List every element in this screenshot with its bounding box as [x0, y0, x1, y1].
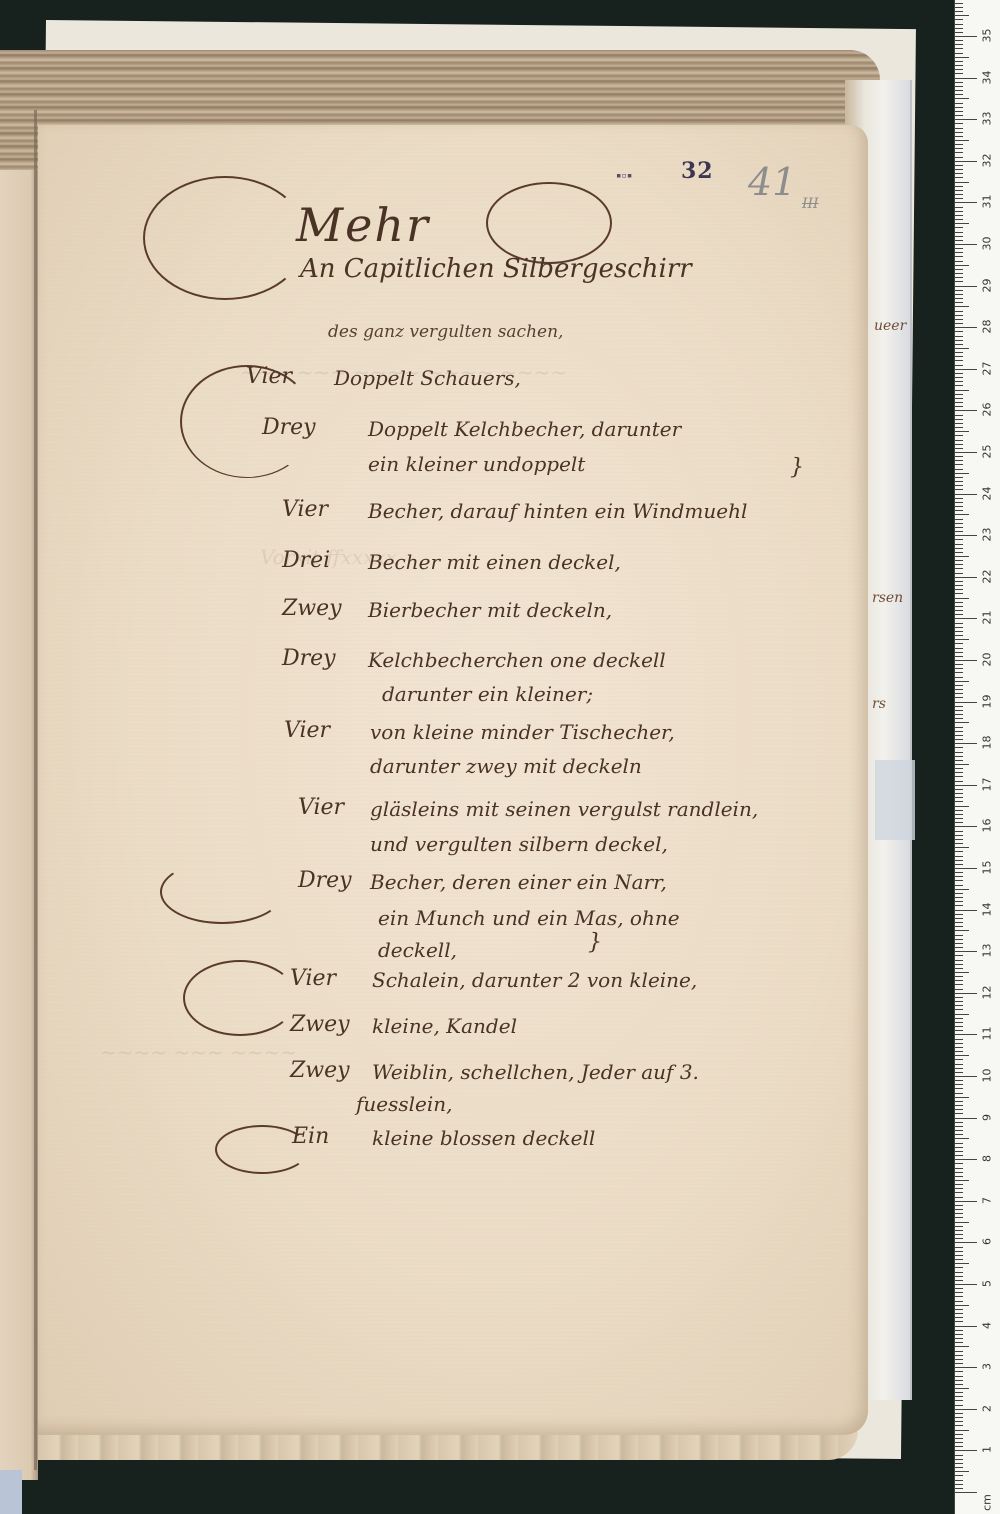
ruler-tick	[955, 1359, 963, 1360]
ruler-label: 13	[981, 939, 994, 963]
ruler-tick	[955, 685, 963, 686]
ruler-tick	[955, 298, 963, 299]
ruler-tick	[955, 3, 963, 4]
entry-line: Kelchbecherchen one deckell	[368, 648, 666, 672]
ruler-tick	[955, 190, 963, 191]
ruler-tick	[955, 1009, 963, 1010]
ruler-tick	[955, 136, 963, 137]
ruler-tick	[955, 922, 963, 923]
ruler-tick	[955, 1280, 963, 1281]
ruler-tick	[955, 789, 963, 790]
ruler-tick	[955, 148, 963, 149]
ruler-tick	[955, 831, 963, 832]
ruler-tick	[955, 993, 977, 994]
ruler-tick	[955, 893, 963, 894]
entry-quantity: Vier	[290, 966, 336, 991]
margin-note: ueer	[874, 318, 906, 334]
ruler-tick	[955, 1330, 963, 1331]
ruler-tick	[955, 232, 963, 233]
ruler-tick	[955, 469, 963, 470]
ruler-tick	[955, 1209, 963, 1210]
ruler-tick	[955, 294, 963, 295]
ruler-tick	[955, 972, 969, 973]
ruler-tick	[955, 24, 963, 25]
ruler-tick	[955, 955, 963, 956]
ruler-tick	[955, 219, 963, 220]
ruler-tick	[955, 1201, 977, 1202]
entry-line: fuesslein,	[356, 1092, 453, 1116]
entry-quantity: Drey	[282, 646, 336, 671]
ruler-tick	[955, 1101, 963, 1102]
ruler-tick	[955, 735, 963, 736]
ruler-tick	[955, 1064, 963, 1065]
ruler-tick	[955, 256, 963, 257]
ruler-tick	[955, 36, 977, 37]
ruler-tick	[955, 315, 963, 316]
ruler-label: 32	[981, 148, 994, 172]
ruler-tick	[955, 32, 963, 33]
ruler-tick	[955, 1355, 963, 1356]
ruler-tick	[955, 1430, 969, 1431]
ruler-tick	[955, 710, 963, 711]
ruler-tick	[955, 1230, 963, 1231]
ruler-tick	[955, 764, 969, 765]
ruler-tick	[955, 581, 963, 582]
ruler-tick	[955, 1313, 963, 1314]
ruler-label: 31	[981, 190, 994, 214]
entry-line: ein Munch und ein Mas, ohne	[378, 906, 680, 930]
ruler-tick	[955, 527, 963, 528]
ruler-tick	[955, 1455, 963, 1456]
ruler-tick	[955, 1388, 969, 1389]
ruler-tick	[955, 814, 963, 815]
ruler-tick	[955, 664, 963, 665]
entry-line: von kleine minder Tischecher,	[370, 720, 675, 744]
page-subheading: An Capitlichen Silbergeschirr	[300, 254, 692, 284]
ruler-tick	[955, 423, 963, 424]
ruler-tick	[955, 1296, 963, 1297]
ruler-tick	[955, 1118, 977, 1119]
ruler-tick	[955, 385, 963, 386]
ruler-tick	[955, 552, 963, 553]
ruler-tick	[955, 1438, 963, 1439]
ruler-tick	[955, 323, 963, 324]
ruler-tick	[955, 440, 963, 441]
ruler-tick	[955, 693, 963, 694]
ruler-tick	[955, 369, 977, 370]
bracket-mark: }	[790, 455, 804, 480]
ruler-tick	[955, 1434, 963, 1435]
ruler-tick	[955, 207, 963, 208]
ruler-tick	[955, 577, 977, 578]
repair-tissue	[875, 760, 915, 840]
ruler-tick	[955, 1267, 963, 1268]
ruler-tick	[955, 1334, 963, 1335]
ruler-tick	[955, 227, 963, 228]
ruler-tick	[955, 182, 969, 183]
ruler-label: 14	[981, 897, 994, 921]
ruler-tick	[955, 752, 963, 753]
entry-line: darunter ein kleiner;	[382, 682, 593, 706]
entry-line: Becher mit einen deckel,	[368, 550, 621, 574]
ruler-tick	[955, 1097, 969, 1098]
ruler-tick	[955, 506, 963, 507]
ruler-tick	[955, 431, 969, 432]
ruler-tick	[955, 1018, 963, 1019]
ruler-tick	[955, 1184, 963, 1185]
measurement-ruler: 1234567891011121314151617181920212223242…	[954, 0, 1000, 1514]
ruler-label: 6	[981, 1230, 994, 1254]
ruler-tick	[955, 103, 963, 104]
ruler-tick	[955, 340, 963, 341]
ruler-tick	[955, 165, 963, 166]
intro-line: des ganz vergulten sachen,	[328, 322, 563, 342]
ruler-tick	[955, 1005, 963, 1006]
ruler-tick	[955, 223, 969, 224]
ruler-tick	[955, 1446, 963, 1447]
ruler-tick	[955, 1259, 963, 1260]
ruler-tick	[955, 1234, 963, 1235]
ruler-tick	[955, 1072, 963, 1073]
ruler-tick	[955, 1484, 963, 1485]
ruler-tick	[955, 631, 963, 632]
ruler-tick	[955, 173, 963, 174]
ruler-tick	[955, 1301, 963, 1302]
ruler-tick	[955, 406, 963, 407]
ruler-tick	[955, 731, 963, 732]
ruler-tick	[955, 510, 963, 511]
ruler-tick	[955, 1172, 963, 1173]
ruler-tick	[955, 28, 963, 29]
ruler-tick	[955, 456, 963, 457]
ruler-tick	[955, 793, 963, 794]
ruler-tick	[955, 739, 963, 740]
ruler-label: 24	[981, 481, 994, 505]
ruler-tick	[955, 785, 977, 786]
ruler-tick	[955, 697, 963, 698]
ruler-tick	[955, 585, 963, 586]
ruler-tick	[955, 727, 963, 728]
ruler-tick	[955, 1463, 963, 1464]
ruler-tick	[955, 1039, 963, 1040]
ruler-tick	[955, 722, 969, 723]
entry-quantity: Zwey	[290, 1012, 350, 1037]
ruler-tick	[955, 1272, 963, 1273]
ruler-tick	[955, 623, 963, 624]
entry-quantity: Zwey	[282, 596, 342, 621]
gutter	[34, 110, 37, 1470]
ruler-tick	[955, 1413, 963, 1414]
ruler-tick	[955, 215, 963, 216]
ruler-tick	[955, 1409, 977, 1410]
entry-quantity: Ein	[292, 1124, 329, 1149]
ruler-tick	[955, 452, 977, 453]
ruler-tick	[955, 1217, 963, 1218]
ruler-tick	[955, 668, 963, 669]
ruler-tick	[955, 415, 963, 416]
ruler-label: 25	[981, 440, 994, 464]
ruler-tick	[955, 1226, 963, 1227]
ruler-tick	[955, 951, 977, 952]
ruler-tick	[955, 860, 963, 861]
entry-quantity: Vier	[298, 795, 344, 820]
ruler-tick	[955, 273, 963, 274]
ruler-tick	[955, 743, 977, 744]
ruler-tick	[955, 648, 963, 649]
ruler-tick	[955, 843, 963, 844]
pencil-folio-suffix: III	[802, 196, 819, 212]
ruler-tick	[955, 1396, 963, 1397]
ruler-tick	[955, 1376, 963, 1377]
ruler-label: 9	[981, 1105, 994, 1129]
ruler-tick	[955, 606, 963, 607]
ruler-tick	[955, 864, 963, 865]
entry-line: Weiblin, schellchen, Jeder auf 3.	[372, 1060, 699, 1084]
ruler-tick	[955, 910, 977, 911]
ruler-tick	[955, 714, 963, 715]
ruler-tick	[955, 1163, 963, 1164]
ruler-tick	[955, 277, 963, 278]
ruler-tick	[955, 1188, 963, 1189]
ruler-label: 4	[981, 1313, 994, 1337]
ruler-tick	[955, 365, 963, 366]
ruler-tick	[955, 302, 963, 303]
ruler-tick	[955, 918, 963, 919]
ruler-tick	[955, 568, 963, 569]
ruler-tick	[955, 498, 963, 499]
ruler-tick	[955, 1068, 963, 1069]
entry-line: Bierbecher mit deckeln,	[368, 598, 612, 622]
ruler-tick	[955, 1155, 963, 1156]
ruler-tick	[955, 776, 963, 777]
ruler-tick	[955, 336, 963, 337]
ruler-label: 36	[981, 0, 994, 6]
ruler-tick	[955, 398, 963, 399]
ruler-tick	[955, 1363, 963, 1364]
ruler-tick	[955, 818, 963, 819]
ruler-tick	[955, 485, 963, 486]
ruler-tick	[955, 1001, 963, 1002]
ruler-tick	[955, 1143, 963, 1144]
ruler-tick	[955, 464, 963, 465]
ruler-tick	[955, 1400, 963, 1401]
ruler-tick	[955, 1026, 963, 1027]
ruler-label: 27	[981, 356, 994, 380]
ruler-tick	[955, 689, 963, 690]
ruler-tick	[955, 240, 963, 241]
ruler-label: 26	[981, 398, 994, 422]
archive-stamp: ▪▫▪	[616, 172, 630, 180]
ruler-tick	[955, 211, 963, 212]
ruler-tick	[955, 198, 963, 199]
ruler-tick	[955, 1255, 963, 1256]
ruler-tick	[955, 1043, 963, 1044]
ruler-label: 30	[981, 232, 994, 256]
ruler-tick	[955, 140, 969, 141]
ruler-tick	[955, 797, 963, 798]
ruler-label: 11	[981, 1022, 994, 1046]
ruler-tick	[955, 1384, 963, 1385]
ruler-tick	[955, 57, 969, 58]
ruler-tick	[955, 718, 963, 719]
ruler-tick	[955, 635, 963, 636]
ruler-tick	[955, 489, 963, 490]
entry-line: Doppelt Kelchbecher, darunter	[368, 417, 681, 441]
ruler-tick	[955, 111, 963, 112]
ruler-tick	[955, 901, 963, 902]
ruler-tick	[955, 394, 963, 395]
entry-line: deckell,	[378, 938, 457, 962]
ruler-tick	[955, 286, 977, 287]
ruler-tick	[955, 381, 963, 382]
ruler-tick	[955, 531, 963, 532]
ruler-tick	[955, 1197, 963, 1198]
ruler-tick	[955, 306, 969, 307]
ruler-tick	[955, 1480, 963, 1481]
ruler-tick	[955, 560, 963, 561]
ruler-tick	[955, 1030, 963, 1031]
ruler-tick	[955, 1192, 963, 1193]
ruler-tick	[955, 768, 963, 769]
entry-quantity: Drey	[298, 868, 352, 893]
ruler-tick	[955, 1471, 969, 1472]
ruler-tick	[955, 876, 963, 877]
ruler-tick	[955, 1238, 963, 1239]
ruler-label: 5	[981, 1272, 994, 1296]
ruler-tick	[955, 194, 963, 195]
ruler-tick	[955, 801, 963, 802]
ruler-tick	[955, 822, 963, 823]
ruler-tick	[955, 1022, 963, 1023]
ruler-tick	[955, 1317, 963, 1318]
ruler-tick	[955, 1425, 963, 1426]
ruler-label: 15	[981, 856, 994, 880]
ruler-label: 20	[981, 648, 994, 672]
ruler-tick	[955, 1138, 969, 1139]
ruler-tick	[955, 494, 977, 495]
entry-line: kleine, Kandel	[372, 1014, 517, 1038]
ruler-tick	[955, 564, 963, 565]
ruler-tick	[955, 1276, 963, 1277]
ruler-tick	[955, 290, 963, 291]
ruler-tick	[955, 123, 963, 124]
ruler-tick	[955, 1492, 977, 1493]
ruler-tick	[955, 1392, 963, 1393]
ruler-tick	[955, 618, 977, 619]
ruler-tick	[955, 535, 977, 536]
margin-note: rsen	[872, 590, 903, 606]
ruler-tick	[955, 360, 963, 361]
ruler-tick	[955, 1326, 977, 1327]
entry-line: Becher, deren einer ein Narr,	[370, 870, 667, 894]
ruler-tick	[955, 1213, 963, 1214]
ruler-tick	[955, 1288, 963, 1289]
folio-number-stamp: 32	[681, 158, 714, 184]
ruler-tick	[955, 427, 963, 428]
ruler-tick	[955, 1047, 963, 1048]
ruler-tick	[955, 1421, 963, 1422]
ruler-label: 2	[981, 1396, 994, 1420]
ruler-tick	[955, 1367, 977, 1368]
ruler-label: 8	[981, 1147, 994, 1171]
ruler-label: 7	[981, 1188, 994, 1212]
ruler-tick	[955, 1180, 969, 1181]
ruler-tick	[955, 1159, 977, 1160]
ruler-tick	[955, 44, 963, 45]
ruler-tick	[955, 593, 963, 594]
ruler-tick	[955, 1247, 963, 1248]
ruler-tick	[955, 65, 963, 66]
ruler-tick	[955, 119, 977, 120]
ruler-label: 18	[981, 731, 994, 755]
ruler-tick	[955, 1034, 977, 1035]
ruler-tick	[955, 1126, 963, 1127]
ruler-tick	[955, 244, 977, 245]
entry-quantity: Drey	[262, 415, 316, 440]
ruler-tick	[955, 344, 963, 345]
ruler-tick	[955, 602, 963, 603]
ruler-tick	[955, 311, 963, 312]
ruler-label: 29	[981, 273, 994, 297]
ruler-tick	[955, 15, 969, 16]
ruler-tick	[955, 419, 963, 420]
ruler-tick	[955, 643, 963, 644]
ruler-tick	[955, 544, 963, 545]
entry-quantity: Vier	[246, 364, 292, 389]
ruler-tick	[955, 132, 963, 133]
ruler-tick	[955, 627, 963, 628]
ruler-tick	[955, 939, 963, 940]
ruler-tick	[955, 269, 963, 270]
ruler-tick	[955, 539, 963, 540]
ruler-tick	[955, 968, 963, 969]
ruler-tick	[955, 756, 963, 757]
ruler-tick	[955, 839, 963, 840]
ruler-tick	[955, 519, 963, 520]
ruler-tick	[955, 1051, 963, 1052]
ruler-tick	[955, 905, 963, 906]
ruler-tick	[955, 1488, 963, 1489]
ruler-tick	[955, 11, 963, 12]
ruler-tick	[955, 856, 963, 857]
ruler-tick	[955, 248, 963, 249]
ruler-tick	[955, 410, 977, 411]
entry-line: darunter zwey mit deckeln	[370, 754, 642, 778]
ruler-tick	[955, 319, 963, 320]
ruler-tick	[955, 481, 963, 482]
ruler-tick	[955, 252, 963, 253]
ruler-tick	[955, 7, 963, 8]
ruler-tick	[955, 672, 963, 673]
ruler-tick	[955, 702, 977, 703]
ruler-label: 35	[981, 24, 994, 48]
ruler-tick	[955, 681, 969, 682]
ruler-tick	[955, 115, 963, 116]
bracket-mark: }	[588, 930, 602, 955]
ruler-tick	[955, 128, 963, 129]
ruler-tick	[955, 1105, 963, 1106]
ruler-tick	[955, 806, 969, 807]
ruler-tick	[955, 984, 963, 985]
ruler-label: 3	[981, 1355, 994, 1379]
ruler-tick	[955, 1122, 963, 1123]
ruler-tick	[955, 914, 963, 915]
ruler-tick	[955, 1371, 963, 1372]
ruler-tick	[955, 90, 963, 91]
ruler-tick	[955, 1338, 963, 1339]
ruler-tick	[955, 847, 969, 848]
ruler-tick	[955, 1205, 963, 1206]
